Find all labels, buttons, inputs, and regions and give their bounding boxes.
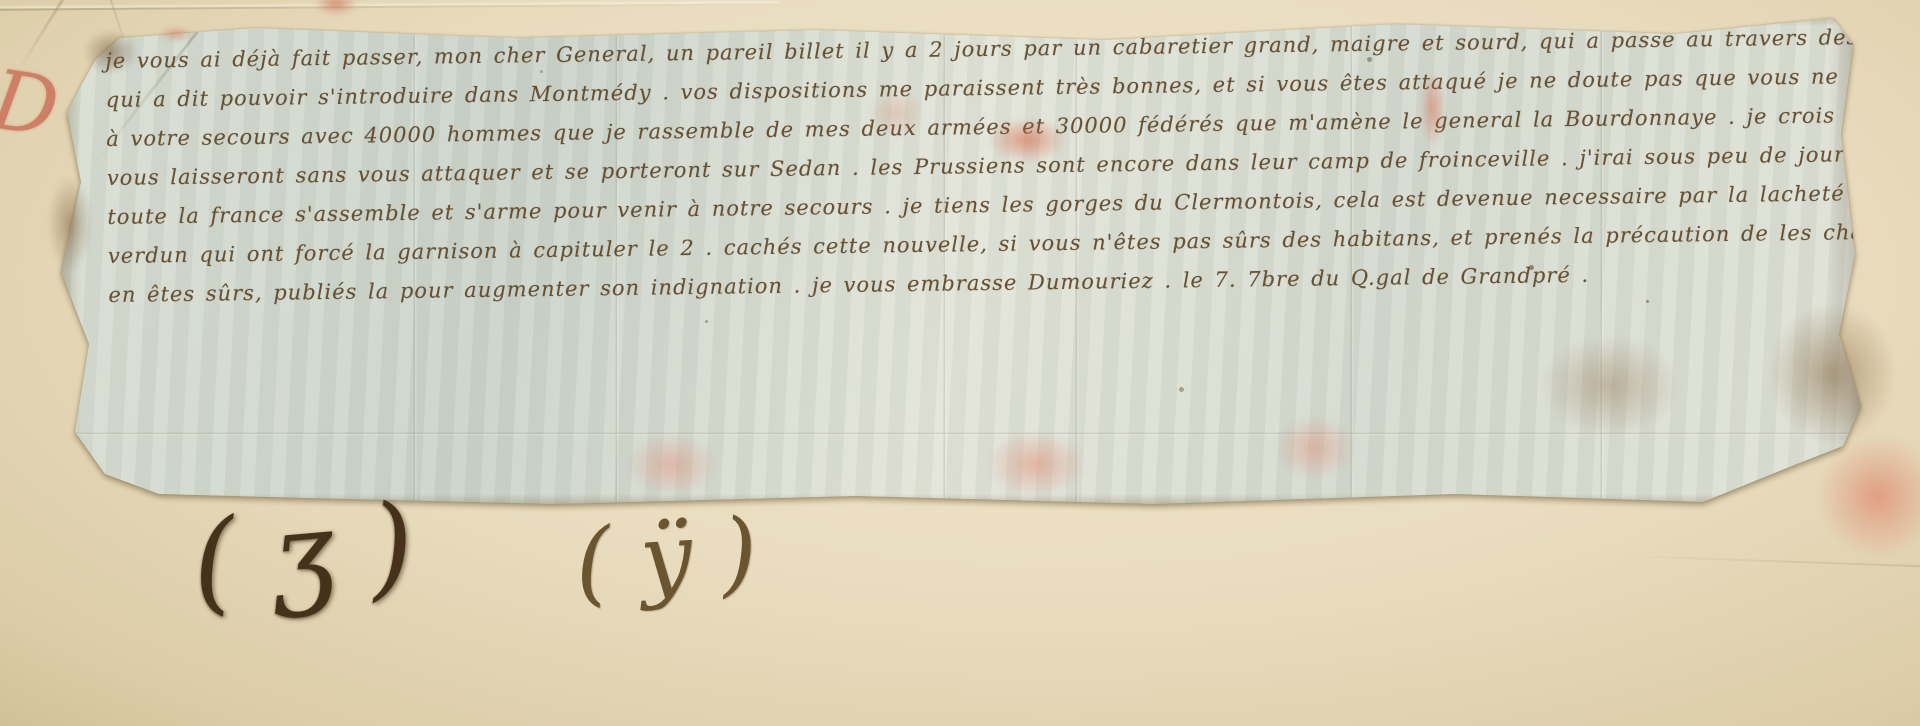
ink-spatter-dots (0, 0, 3, 3)
ink-paraph-left: ( ʒ ) (188, 489, 419, 620)
letter-paper: je vous ai déjà fait passer, mon cher Ge… (55, 14, 1870, 508)
fold-crease-horizontal (55, 432, 1870, 436)
ink-paraph-center: ( ÿ ) (572, 506, 760, 610)
letter-slip: je vous ai déjà fait passer, mon cher Ge… (55, 14, 1870, 508)
backing-crease (1600, 554, 1920, 568)
letter-text-block: je vous ai déjà fait passer, mon cher Ge… (105, 18, 1854, 315)
torn-edge-top (55, 14, 1870, 26)
scanned-letter: je vous ai déjà fait passer, mon cher Ge… (0, 0, 1920, 726)
backing-crease (0, 3, 780, 11)
